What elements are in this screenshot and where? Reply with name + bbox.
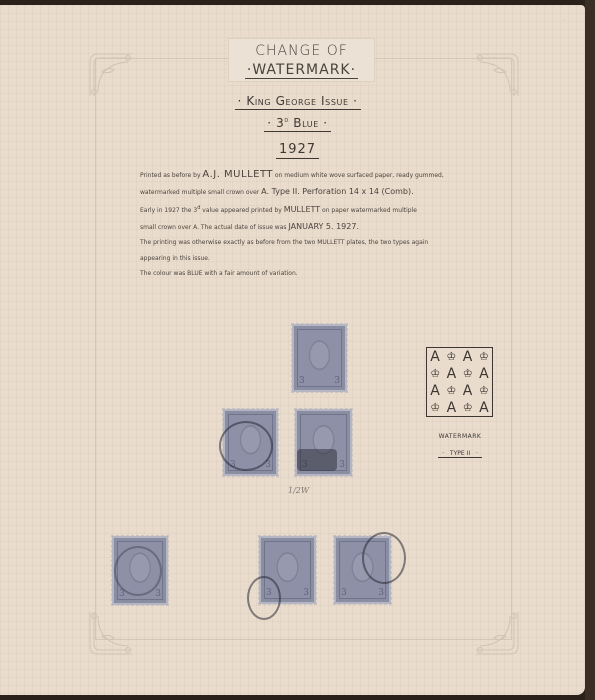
watermark-label: WATERMARK — [420, 433, 500, 440]
crown-icon: ♔ — [479, 384, 489, 398]
corner-ornament-icon — [88, 52, 134, 98]
watermark-type: TYPE II — [420, 450, 500, 457]
postmark — [297, 449, 337, 471]
postmark — [247, 576, 281, 620]
stamp-1: 33 — [292, 324, 347, 392]
description-line: appearing in this issue. — [140, 253, 500, 266]
value-heading: 3d Blue — [0, 116, 595, 130]
crown-icon: ♔ — [463, 367, 473, 381]
pencil-note: 1/2W — [288, 486, 309, 495]
stamp-2: 33 — [223, 409, 278, 476]
issue-heading: King George Issue — [0, 94, 595, 108]
title-label: CHANGE OF WATERMARK — [228, 38, 375, 82]
description-line: Early in 1927 the 3d value appeared prin… — [140, 202, 500, 218]
stamp-4: 33 — [112, 536, 168, 605]
corner-ornament-icon — [474, 52, 520, 98]
crown-icon: ♔ — [430, 367, 440, 381]
title-line-2: WATERMARK — [245, 62, 358, 79]
postmark — [114, 546, 162, 596]
stamp-5: 33 — [259, 536, 316, 604]
description-line: The colour was BLUE with a fair amount o… — [140, 268, 500, 281]
title-line-1: CHANGE OF — [229, 43, 374, 59]
stamp-3: 33 — [295, 409, 352, 476]
crown-icon: ♔ — [479, 350, 489, 364]
crown-icon: ♔ — [446, 384, 456, 398]
crown-icon: ♔ — [446, 350, 456, 364]
watermark-diagram: A♔A♔ ♔A♔A A♔A♔ ♔A♔A — [426, 347, 493, 417]
corner-ornament-icon — [474, 610, 520, 656]
crown-icon: ♔ — [430, 401, 440, 415]
description-line: watermarked multiple small crown over A.… — [140, 186, 500, 200]
corner-ornament-icon — [88, 610, 134, 656]
description-line: Printed as before by A.J. MULLETT on med… — [140, 169, 500, 183]
crown-icon: ♔ — [463, 401, 473, 415]
postmark — [362, 532, 406, 584]
description-line: small crown over A. The actual date of i… — [140, 221, 500, 235]
page-number: · — [563, 17, 565, 24]
year-heading: 1927 — [0, 142, 595, 157]
description-line: The printing was otherwise exactly as be… — [140, 237, 500, 250]
description-text: Printed as before by A.J. MULLETT on med… — [140, 169, 500, 284]
stamp-6: 33 — [334, 536, 391, 604]
postmark — [219, 421, 273, 471]
